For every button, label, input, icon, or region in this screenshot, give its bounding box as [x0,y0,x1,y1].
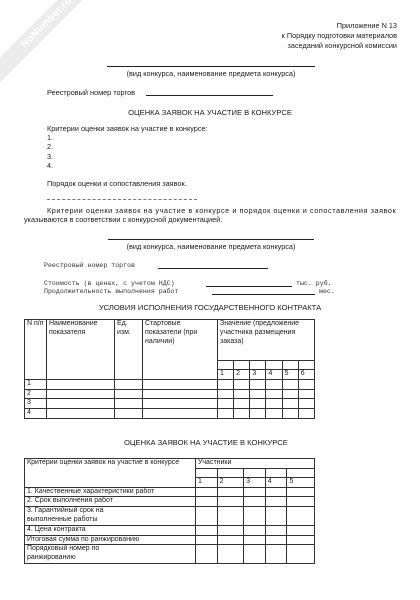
table-cell[interactable] [195,497,217,507]
table-cell[interactable] [250,389,266,399]
table-cell[interactable] [265,545,287,564]
table-cell[interactable] [287,507,315,526]
table-cell[interactable] [265,535,287,545]
footnote-separator [47,199,197,200]
table-cell[interactable] [244,535,266,545]
table-cell[interactable] [217,545,244,564]
table-cell[interactable] [218,409,234,419]
watermark: NoNumber.ru [0,0,106,82]
table-cell[interactable] [143,399,218,409]
row-number: 4 [25,409,47,419]
table-cell[interactable] [234,379,250,389]
row-number: 2 [25,389,47,399]
table-cell[interactable] [298,361,314,370]
order-label: Порядок оценки и сопоставления заявок. [47,179,187,188]
table-cell[interactable] [298,409,314,419]
table-row: 2. Срок выполнения работ [25,497,315,507]
cost-input-line[interactable] [206,286,292,287]
table-cell[interactable] [143,379,218,389]
table-cell[interactable] [298,389,314,399]
participant-col: 1 [195,477,217,487]
participant-col: 5 [282,370,298,380]
participant-col: 4 [266,370,282,380]
table-cell[interactable] [47,389,115,399]
table-row: 1. Качественные характеристики работ [25,487,315,497]
table-cell[interactable] [287,468,315,477]
registry-label-2: Реестровый номер торгов [44,262,135,269]
table-cell[interactable] [265,507,287,526]
criterion-label: 3. Гарантийный срок на выполненные работ… [25,507,196,526]
table-cell[interactable] [244,507,266,526]
table-cell[interactable] [115,399,143,409]
evaluation-table: Критерии оценки заявок на участие в конк… [24,458,315,564]
table-row: Итоговая сумма по ранжированию [25,535,315,545]
table-cell[interactable] [195,535,217,545]
contest-type-caption: (вид конкурса, наименование предмета кон… [107,69,315,78]
table-cell[interactable] [217,468,244,477]
header-start: Стартовые показатели (при наличии) [143,320,218,380]
contest-type-line-2[interactable] [108,239,314,240]
table-cell[interactable] [282,389,298,399]
criteria-block: Критерии оценки заявок на участие в конк… [47,124,208,170]
table-row: 4 [25,409,315,419]
registry-label: Реестровый номер торгов [47,88,135,97]
registry-number-line[interactable] [146,95,273,96]
cost-unit: тыс. руб. [296,280,332,287]
table-cell[interactable] [217,507,244,526]
table-row: 4. Цена контракта [25,525,315,535]
criterion-label: 4. Цена контракта [25,525,196,535]
criteria-item: 3. [47,152,208,161]
duration-unit: мес. [319,288,335,295]
table-cell[interactable] [287,535,315,545]
table-cell[interactable] [47,409,115,419]
participant-col: 2 [217,477,244,487]
duration-label: Продолжительность выполнения работ [44,288,179,295]
header-name: Наименование показателя [47,320,115,380]
table-cell[interactable] [265,468,287,477]
table-cell[interactable] [265,525,287,535]
section-title-evaluation-2: ОЦЕНКА ЗАЯВОК НА УЧАСТИЕ В КОНКУРСЕ [124,438,288,447]
table-cell[interactable] [282,379,298,389]
participant-col: 1 [218,370,234,380]
table-cell[interactable] [244,487,266,497]
footnote-line1: Критерии оценки заявок на участие в конк… [47,206,397,215]
table-cell[interactable] [244,545,266,564]
table-cell[interactable] [195,507,217,526]
participant-col: 3 [250,370,266,380]
table-row: 3. Гарантийный срок на выполненные работ… [25,507,315,526]
table-cell[interactable] [217,497,244,507]
contest-type-line[interactable] [107,66,315,67]
table-cell[interactable] [195,525,217,535]
header-num: N п/п [25,320,47,380]
duration-input-line[interactable] [212,294,315,295]
table-cell[interactable] [287,545,315,564]
row-number: 3 [25,399,47,409]
table-cell[interactable] [217,525,244,535]
contract-conditions-table: N п/п Наименование показателя Ед. изм. С… [24,319,315,419]
table-cell[interactable] [282,361,298,370]
table-cell[interactable] [266,361,282,370]
participant-col: 6 [298,370,314,380]
table-cell[interactable] [234,361,250,370]
table-cell[interactable] [217,535,244,545]
table-cell[interactable] [250,409,266,419]
table-cell[interactable] [287,497,315,507]
criteria-item: 1. [47,133,208,142]
participant-col: 5 [287,477,315,487]
table-cell[interactable] [115,409,143,419]
table-row: 2 [25,389,315,399]
table-cell[interactable] [195,545,217,564]
participant-col: 4 [265,477,287,487]
table-cell[interactable] [244,468,266,477]
header-value: Значение (предложение участника размещен… [218,320,315,361]
table-cell[interactable] [266,399,282,409]
table-cell[interactable] [218,361,234,370]
table-cell[interactable] [234,399,250,409]
header-unit: Ед. изм. [115,320,143,380]
criteria-label: Критерии оценки заявок на участие в конк… [47,124,208,133]
table-cell[interactable] [218,389,234,399]
criterion-label: 2. Срок выполнения работ [25,497,196,507]
table-cell[interactable] [266,409,282,419]
table-cell[interactable] [47,379,115,389]
registry-number-line-2[interactable] [158,268,268,269]
table-cell[interactable] [250,379,266,389]
section-title-evaluation: ОЦЕНКА ЗАЯВОК НА УЧАСТИЕ В КОНКУРСЕ [0,108,420,117]
table-row: 1 [25,379,315,389]
footnote-line2: указываются в соответствии с конкурсной … [24,215,222,224]
table-cell[interactable] [195,468,217,477]
table-cell[interactable] [218,399,234,409]
table-cell[interactable] [47,399,115,409]
table-cell[interactable] [143,409,218,419]
table-cell[interactable] [218,379,234,389]
table-cell[interactable] [234,389,250,399]
table-cell[interactable] [244,497,266,507]
table-cell[interactable] [287,487,315,497]
table-header-row: Критерии оценки заявок на участие в конк… [25,459,315,469]
table-cell[interactable] [217,487,244,497]
table-cell[interactable] [244,525,266,535]
criteria-item: 2. [47,142,208,151]
row-number: 1 [25,379,47,389]
appendix-line2: к Порядку подготовки материалов [282,31,397,41]
table-cell[interactable] [250,399,266,409]
appendix-line3: заседаний конкурсной комиссии [282,41,397,51]
table-cell[interactable] [195,487,217,497]
table-cell[interactable] [266,389,282,399]
table-cell[interactable] [265,497,287,507]
criterion-label: Итоговая сумма по ранжированию [25,535,196,545]
table-cell[interactable] [234,409,250,419]
table-row: Порядковый номер по ранжированию [25,545,315,564]
participant-col: 2 [234,370,250,380]
table-cell[interactable] [250,361,266,370]
criterion-label: Порядковый номер по ранжированию [25,545,196,564]
table-cell[interactable] [265,487,287,497]
contest-type-caption-2: (вид конкурса, наименование предмета кон… [108,242,314,251]
table-cell[interactable] [287,525,315,535]
cost-label: Стоимость (в ценах, с учетом НДС) [44,280,175,287]
appendix-number: Приложение N 13 [282,21,397,31]
appendix-header: Приложение N 13 к Порядку подготовки мат… [282,21,397,51]
section-title-contract: УСЛОВИЯ ИСПОЛНЕНИЯ ГОСУДАРСТВЕННОГО КОНТ… [0,303,420,312]
table-cell[interactable] [115,389,143,399]
criterion-label: 1. Качественные характеристики работ [25,487,196,497]
table-cell[interactable] [143,389,218,399]
table-header-row: N п/п Наименование показателя Ед. изм. С… [25,320,315,361]
table-cell[interactable] [282,399,298,409]
table-cell[interactable] [298,399,314,409]
criteria-item: 4. [47,161,208,170]
participant-col: 3 [244,477,266,487]
table-cell[interactable] [282,409,298,419]
table-cell[interactable] [266,379,282,389]
table-cell[interactable] [115,379,143,389]
participants-header: Участники [195,459,314,469]
criteria-header: Критерии оценки заявок на участие в конк… [25,459,196,488]
table-row: 3 [25,399,315,409]
table-cell[interactable] [298,379,314,389]
